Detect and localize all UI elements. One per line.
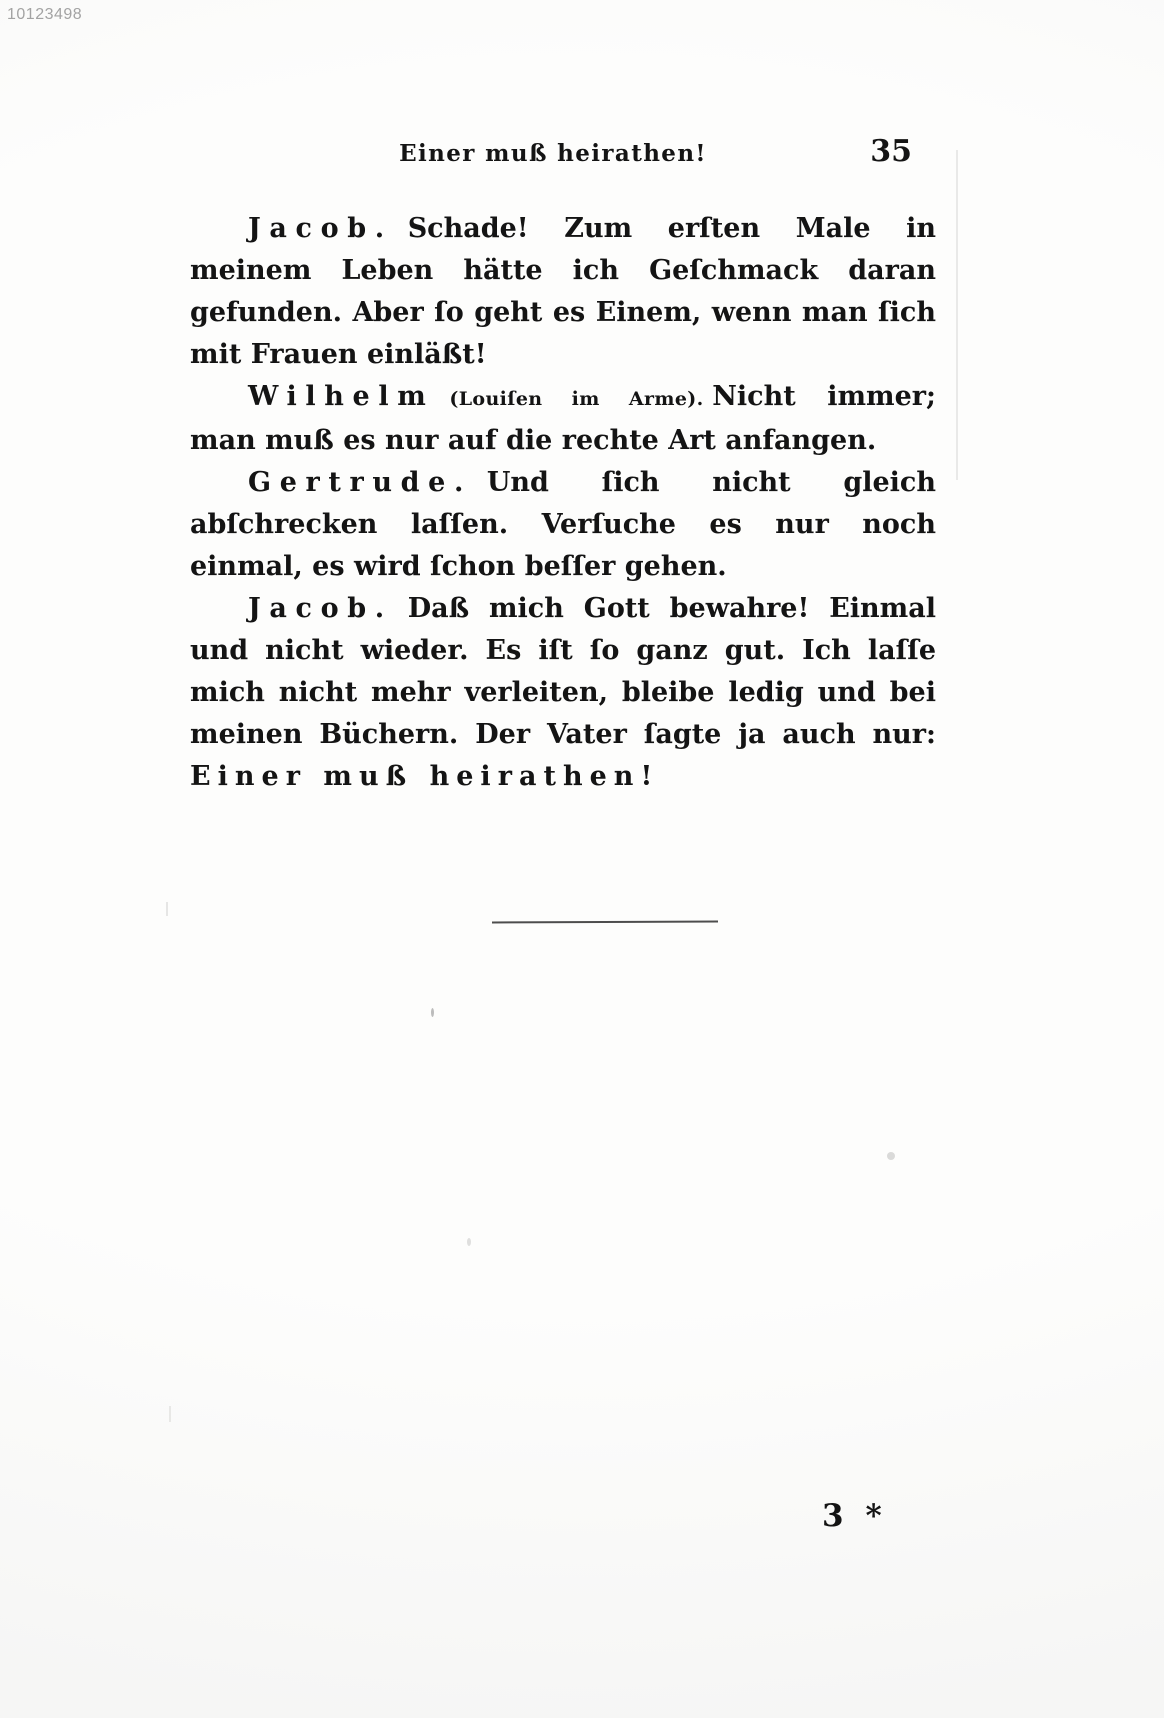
scan-artifact [166,902,168,916]
speech-jacob-2: Jacob.Daß mich Gott bewahre! Einmal und … [190,588,936,798]
scan-id-watermark: 10123498 [7,6,82,24]
speech-wilhelm: Wilhelm(Louiſen im Arme).Nicht immer; ma… [190,376,936,462]
running-title: Einer muß heirathen! [180,140,926,167]
scan-artifact [169,1406,171,1422]
emphasized-phrase: Einer muß heirathen! [190,761,659,792]
scan-artifact [431,1008,434,1017]
speaker-name: Gertrude. [248,467,472,498]
page-number: 35 [870,134,912,169]
speaker-name: Jacob. [248,593,393,624]
speech-gertrude: Gertrude.Und ſich nicht gleich abſchreck… [190,462,936,588]
speaker-name: Wilhelm [248,381,434,412]
scan-artifact [467,1238,471,1246]
stage-direction: (Louiſen im Arme). [449,388,703,410]
scanned-book-page: 10123498 Einer muß heirathen! 35 Jacob.S… [0,0,1164,1718]
speaker-name: Jacob. [248,213,393,244]
sheet-signature-mark: 3 * [822,1498,887,1534]
page-content: Einer muß heirathen! 35 Jacob.Schade! Zu… [190,140,936,798]
running-header: Einer muß heirathen! 35 [190,140,936,180]
scan-artifact [956,150,958,480]
play-text: Jacob.Schade! Zum erſten Male in meinem … [190,208,936,798]
scan-artifact [887,1152,895,1160]
speech-jacob-1: Jacob.Schade! Zum erſten Male in meinem … [190,208,936,376]
section-divider-rule [492,921,718,924]
